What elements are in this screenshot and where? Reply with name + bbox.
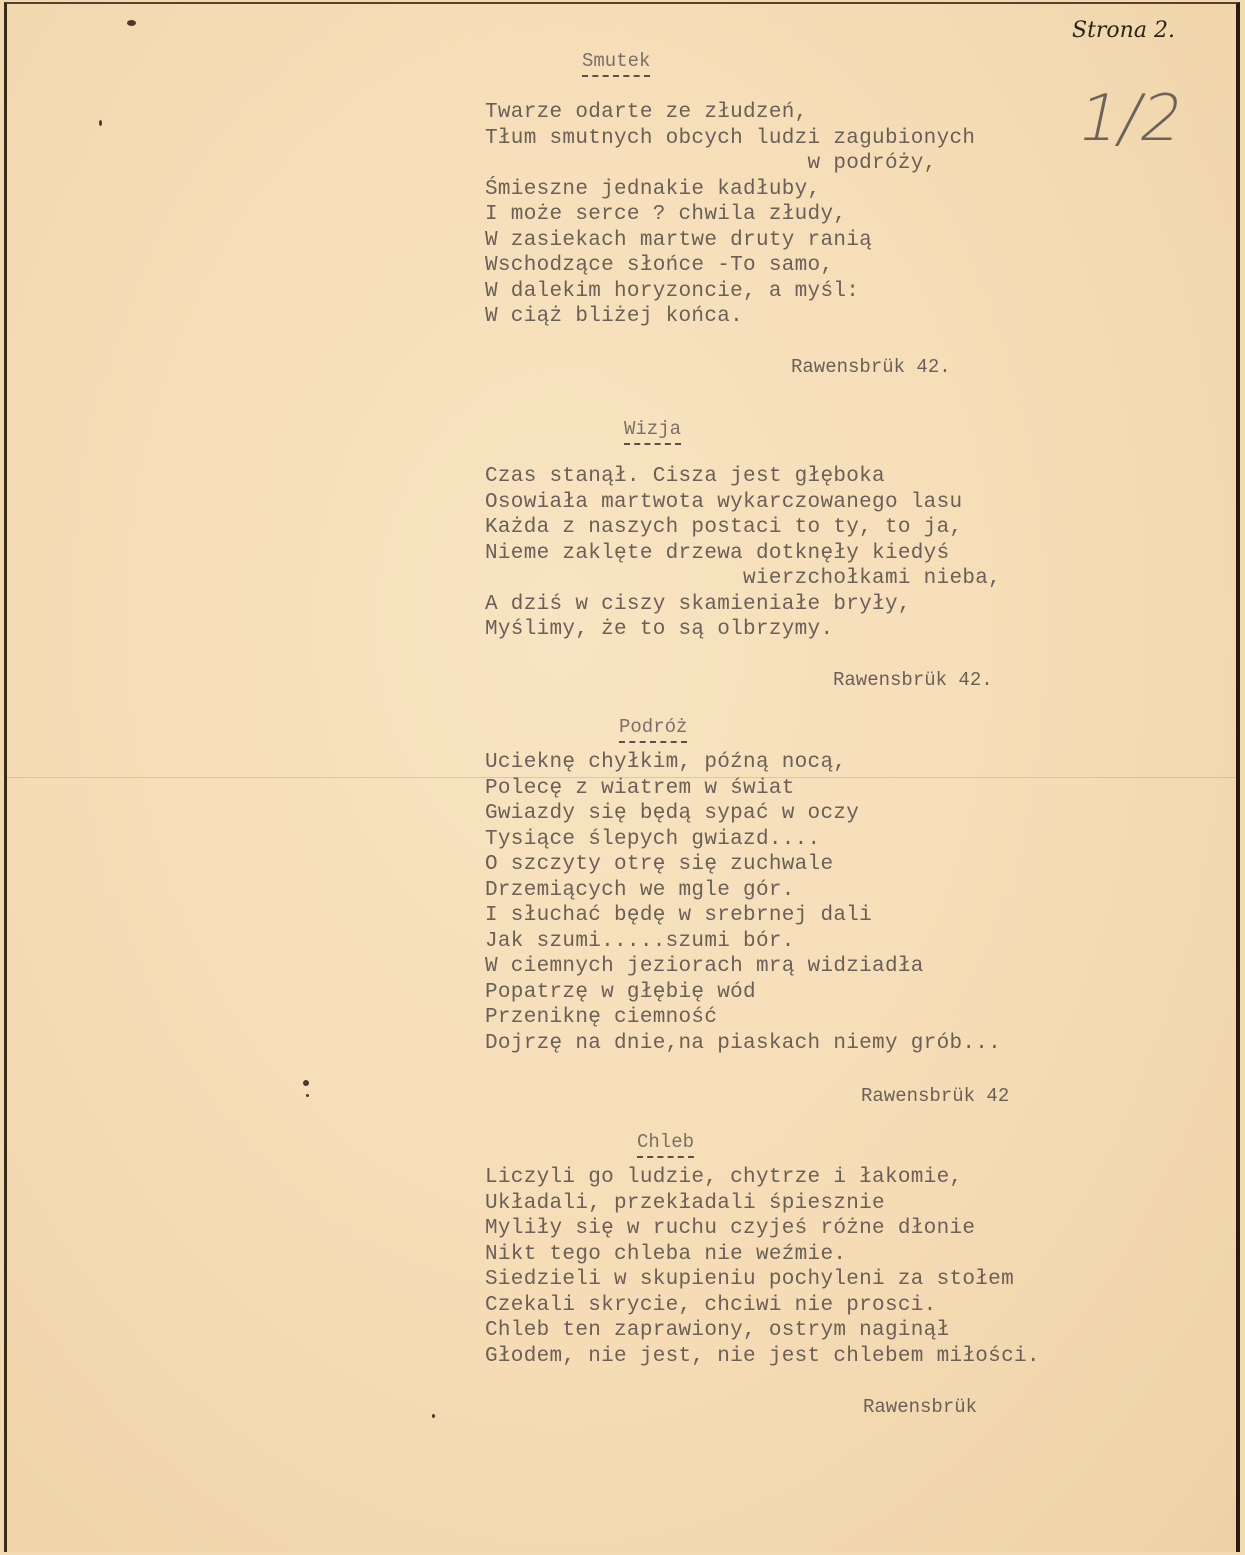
poem-signature: Rawensbrük 42: [861, 1085, 1009, 1107]
poem-line: Przeniknę ciemność: [485, 1005, 1001, 1031]
poem-line: Osowiała martwota wykarczowanego lasu: [485, 490, 1001, 516]
poem-line: Nieme zaklęte drzewa dotknęły kiedyś: [485, 541, 1001, 567]
poem-line: Tysiące ślepych gwiazd....: [485, 827, 1001, 853]
poem-title: Smutek: [582, 50, 650, 72]
poem-line: Dojrzę na dnie,na piaskach niemy grób...: [485, 1031, 1001, 1057]
poem-signature: Rawensbrük 42.: [791, 356, 951, 378]
poem-title: Podróż: [619, 716, 687, 738]
poem-line: W ciąż bliżej końca.: [485, 304, 975, 330]
poem-line: W zasiekach martwe druty ranią: [485, 228, 975, 254]
poem-line: Nikt tego chleba nie weźmie.: [485, 1242, 1040, 1268]
poem-line: Każda z naszych postaci to ty, to ja,: [485, 515, 1001, 541]
poem-line: w podróży,: [485, 151, 975, 177]
poem-line: Siedzieli w skupieniu pochyleni za stołe…: [485, 1267, 1040, 1293]
typewritten-page: Strona 2. 1/2 Smutek Twarze odarte ze zł…: [4, 2, 1240, 1552]
poem-line: Polecę z wiatrem w świat: [485, 776, 1001, 802]
poem-line: Liczyli go ludzie, chytrze i łakomie,: [485, 1165, 1040, 1191]
poem-line: O szczyty otrę się zuchwale: [485, 852, 1001, 878]
paper-speck: [432, 1414, 435, 1418]
poem-line: I słuchać będę w srebrnej dali: [485, 903, 1001, 929]
poem-line: Układali, przekładali śpiesznie: [485, 1191, 1040, 1217]
poem-line: Twarze odarte ze złudzeń,: [485, 100, 975, 126]
poem-line: Głodem, nie jest, nie jest chlebem miłoś…: [485, 1344, 1040, 1370]
poem-line: Śmieszne jednakie kadłuby,: [485, 177, 975, 203]
poem-body: Liczyli go ludzie, chytrze i łakomie,Ukł…: [485, 1165, 1040, 1369]
paper-speck: [127, 20, 136, 26]
poem-body: Twarze odarte ze złudzeń,Tłum smutnych o…: [485, 100, 975, 330]
poem-line: Czas stanął. Cisza jest głęboka: [485, 464, 1001, 490]
poem-line: Wschodzące słońce -To samo,: [485, 253, 975, 279]
handwritten-page-label: Strona 2.: [1072, 18, 1175, 43]
poem-line: Czekali skrycie, chciwi nie prosci.: [485, 1293, 1040, 1319]
poem-signature: Rawensbrük 42.: [833, 669, 993, 691]
poem-line: wierzchołkami nieba,: [485, 566, 1001, 592]
poem-line: W dalekim horyzoncie, a myśl:: [485, 279, 975, 305]
poem-line: Jak szumi.....szumi bór.: [485, 929, 1001, 955]
poem-line: I może serce ? chwila złudy,: [485, 202, 975, 228]
poem-line: A dziś w ciszy skamieniałe bryły,: [485, 592, 1001, 618]
poem-signature: Rawensbrük: [863, 1396, 977, 1418]
poem-title: Chleb: [637, 1131, 694, 1153]
paper-speck: [303, 1080, 309, 1086]
poem-body: Czas stanął. Cisza jest głębokaOsowiała …: [485, 464, 1001, 643]
poem-line: Popatrzę w głębię wód: [485, 980, 1001, 1006]
poem-line: Myślimy, że to są olbrzymy.: [485, 617, 1001, 643]
poem-body: Ucieknę chyłkim, późną nocą,Polecę z wia…: [485, 750, 1001, 1056]
poem-line: Gwiazdy się będą sypać w oczy: [485, 801, 1001, 827]
poem-line: W ciemnych jeziorach mrą widziadła: [485, 954, 1001, 980]
poem-line: Drzemiących we mgle gór.: [485, 878, 1001, 904]
poem-line: Tłum smutnych obcych ludzi zagubionych: [485, 126, 975, 152]
handwritten-number: 1/2: [1071, 82, 1190, 156]
poem-line: Ucieknę chyłkim, późną nocą,: [485, 750, 1001, 776]
poem-title: Wizja: [624, 418, 681, 440]
poem-line: Myliły się w ruchu czyjeś różne dłonie: [485, 1216, 1040, 1242]
poem-line: Chleb ten zaprawiony, ostrym naginął: [485, 1318, 1040, 1344]
paper-speck: [99, 120, 102, 126]
paper-speck: [306, 1094, 309, 1097]
